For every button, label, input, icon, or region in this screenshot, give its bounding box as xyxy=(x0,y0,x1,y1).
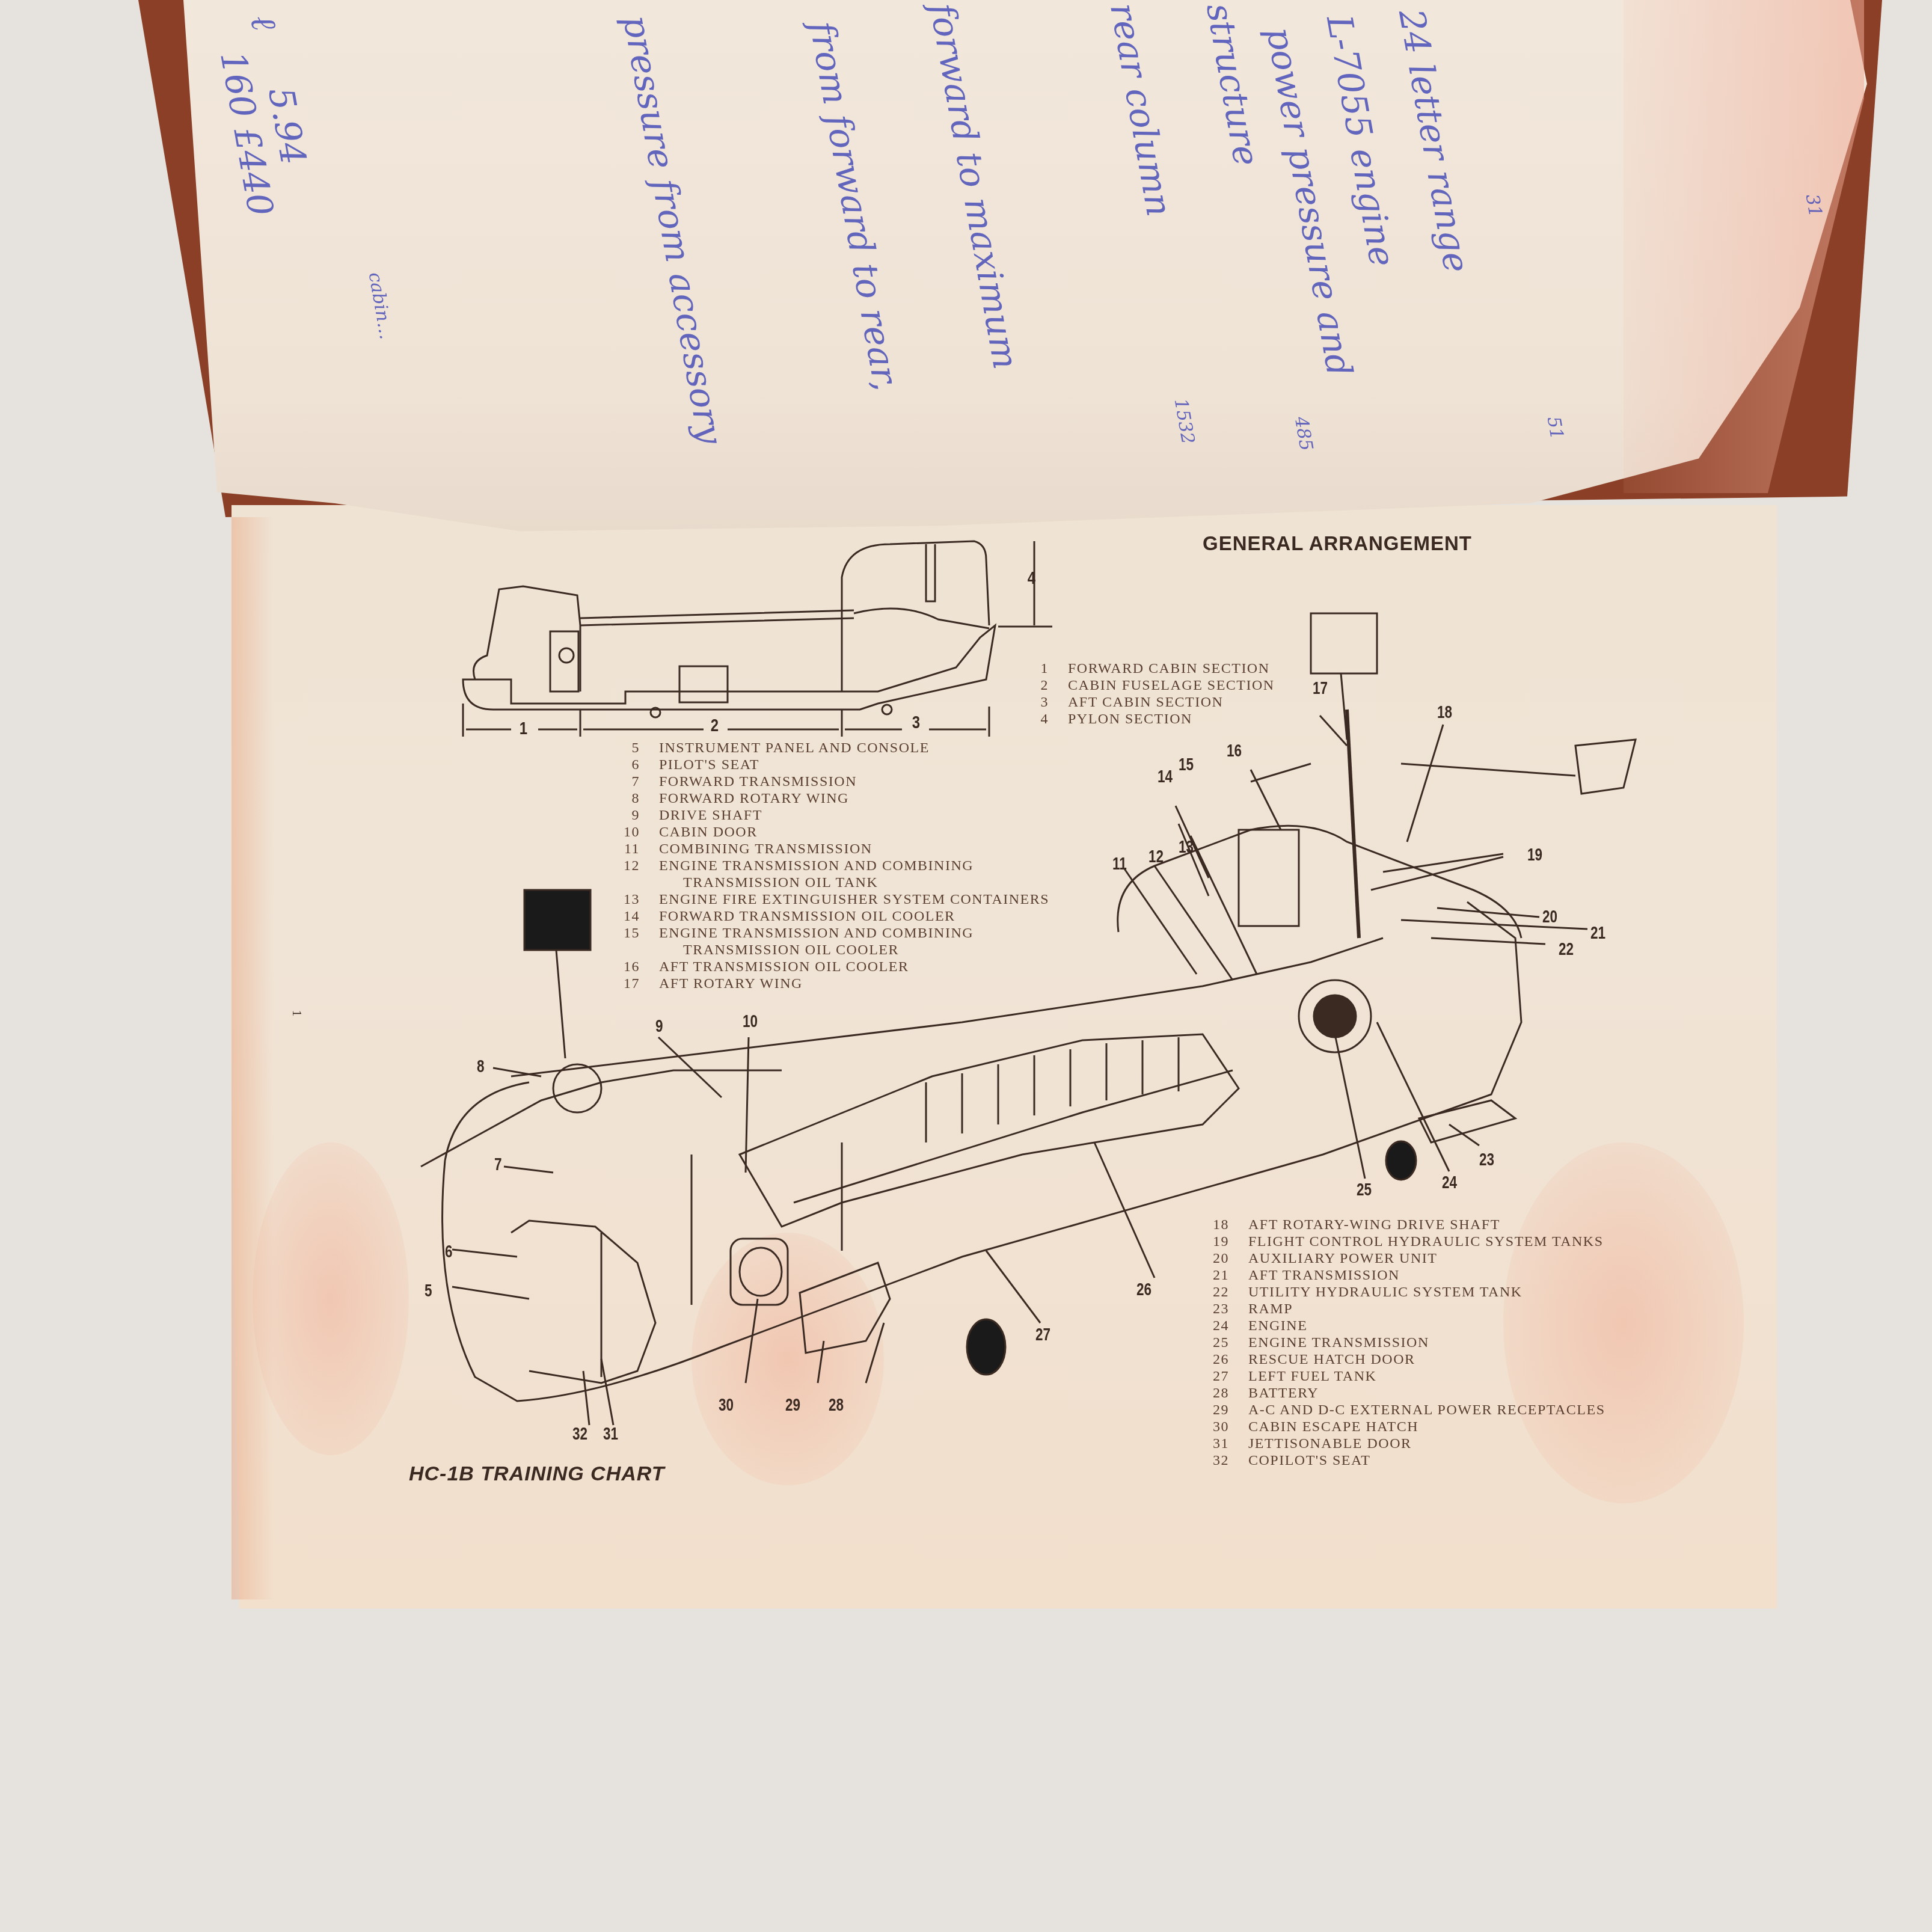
side-profile-diagram xyxy=(463,541,1052,737)
callout-9: 9 xyxy=(655,1016,663,1037)
callout-20: 20 xyxy=(1542,907,1557,927)
callout-5: 5 xyxy=(425,1281,432,1301)
callout-18: 18 xyxy=(1437,702,1452,723)
callout-26: 26 xyxy=(1136,1280,1152,1300)
callout-15: 15 xyxy=(1179,755,1194,775)
callout-23: 23 xyxy=(1479,1150,1494,1170)
callout-16: 16 xyxy=(1227,741,1242,761)
section-label-3: 3 xyxy=(912,713,920,733)
section-label-2: 2 xyxy=(711,716,719,736)
callout-12: 12 xyxy=(1148,847,1164,867)
callout-8: 8 xyxy=(477,1056,485,1077)
callout-24: 24 xyxy=(1442,1173,1457,1193)
callout-7: 7 xyxy=(494,1155,502,1175)
callout-25: 25 xyxy=(1357,1180,1372,1200)
callout-10: 10 xyxy=(743,1011,758,1032)
callout-17: 17 xyxy=(1313,678,1328,699)
callout-30: 30 xyxy=(719,1395,734,1415)
callout-28: 28 xyxy=(829,1395,844,1415)
callout-13: 13 xyxy=(1179,837,1194,857)
callout-19: 19 xyxy=(1527,845,1542,865)
callout-14: 14 xyxy=(1158,767,1173,787)
callout-29: 29 xyxy=(785,1395,800,1415)
callout-27: 27 xyxy=(1035,1325,1050,1345)
callout-22: 22 xyxy=(1559,939,1574,960)
cutaway-diagram xyxy=(421,613,1636,1425)
section-label-4: 4 xyxy=(1028,568,1035,589)
section-label-1: 1 xyxy=(520,719,527,739)
callout-11: 11 xyxy=(1112,854,1127,874)
callout-32: 32 xyxy=(572,1424,587,1444)
callout-6: 6 xyxy=(445,1242,453,1262)
callout-31: 31 xyxy=(603,1424,618,1444)
helicopter-diagrams xyxy=(0,0,1932,1932)
callout-21: 21 xyxy=(1590,923,1605,943)
